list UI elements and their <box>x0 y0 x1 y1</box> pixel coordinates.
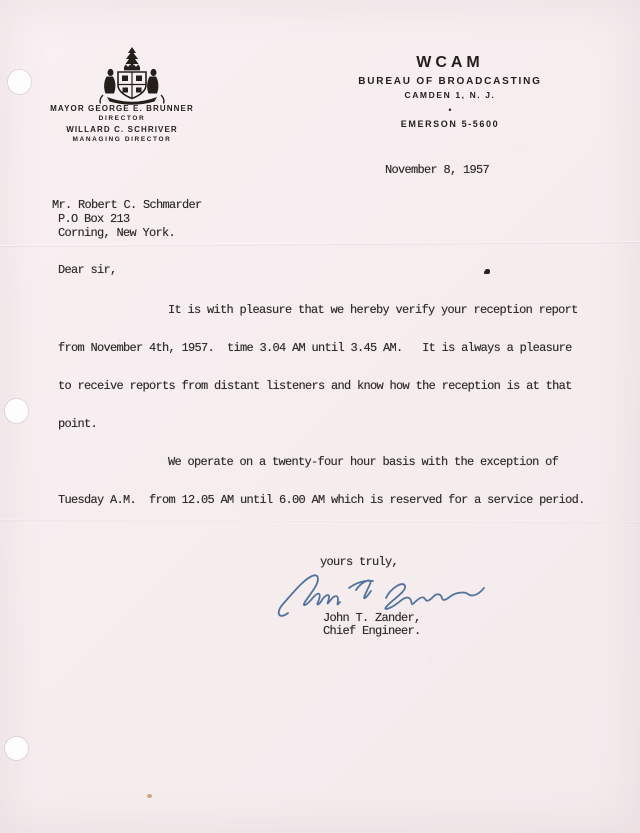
body-line: We operate on a twenty-four hour basis w… <box>168 455 558 469</box>
camden-coat-of-arms-icon <box>94 46 170 106</box>
body-line: It is with pleasure that we hereby verif… <box>168 303 578 317</box>
typed-signature-title: Chief Engineer. <box>323 624 421 638</box>
paper-fleck <box>147 794 152 798</box>
typed-signature-name: John T. Zander, <box>323 611 421 625</box>
ink-speck <box>485 269 490 274</box>
managing-director-title: MANAGING DIRECTOR <box>12 135 232 144</box>
station-city: CAMDEN 1, N. J. <box>330 90 570 101</box>
body-line: to receive reports from distant listener… <box>58 379 572 393</box>
recipient-address-line: P.O Box 213 <box>58 212 130 226</box>
station-call-letters: WCAM <box>330 54 570 72</box>
mayor-name: MAYOR GEORGE E. BRUNNER <box>12 104 232 114</box>
bullet-dot-icon: • <box>330 105 570 115</box>
punch-hole-middle <box>5 399 28 423</box>
body-line: Tuesday A.M. from 12.05 AM until 6.00 AM… <box>58 493 585 507</box>
punch-hole-top <box>8 70 31 94</box>
letter-page: MAYOR GEORGE E. BRUNNER DIRECTOR WILLARD… <box>0 0 640 833</box>
mayor-title: DIRECTOR <box>12 114 232 123</box>
salutation: Dear sir, <box>58 263 117 277</box>
body-line: point. <box>58 417 97 431</box>
recipient-name: Mr. Robert C. Schmarder <box>52 198 202 212</box>
recipient-address-line: Corning, New York. <box>58 226 175 240</box>
date-line: November 8, 1957 <box>385 163 489 177</box>
station-phone: EMERSON 5-5600 <box>330 119 570 130</box>
letterhead-right: WCAM BUREAU OF BROADCASTING CAMDEN 1, N.… <box>330 54 570 130</box>
letterhead-left: MAYOR GEORGE E. BRUNNER DIRECTOR WILLARD… <box>12 104 232 146</box>
bureau-name: BUREAU OF BROADCASTING <box>330 75 570 88</box>
managing-director-name: WILLARD C. SCHRIVER <box>12 125 232 135</box>
paper-crease <box>0 241 640 247</box>
body-line: from November 4th, 1957. time 3.04 AM un… <box>58 341 572 355</box>
punch-hole-bottom <box>5 737 28 760</box>
paper-crease <box>0 519 640 523</box>
